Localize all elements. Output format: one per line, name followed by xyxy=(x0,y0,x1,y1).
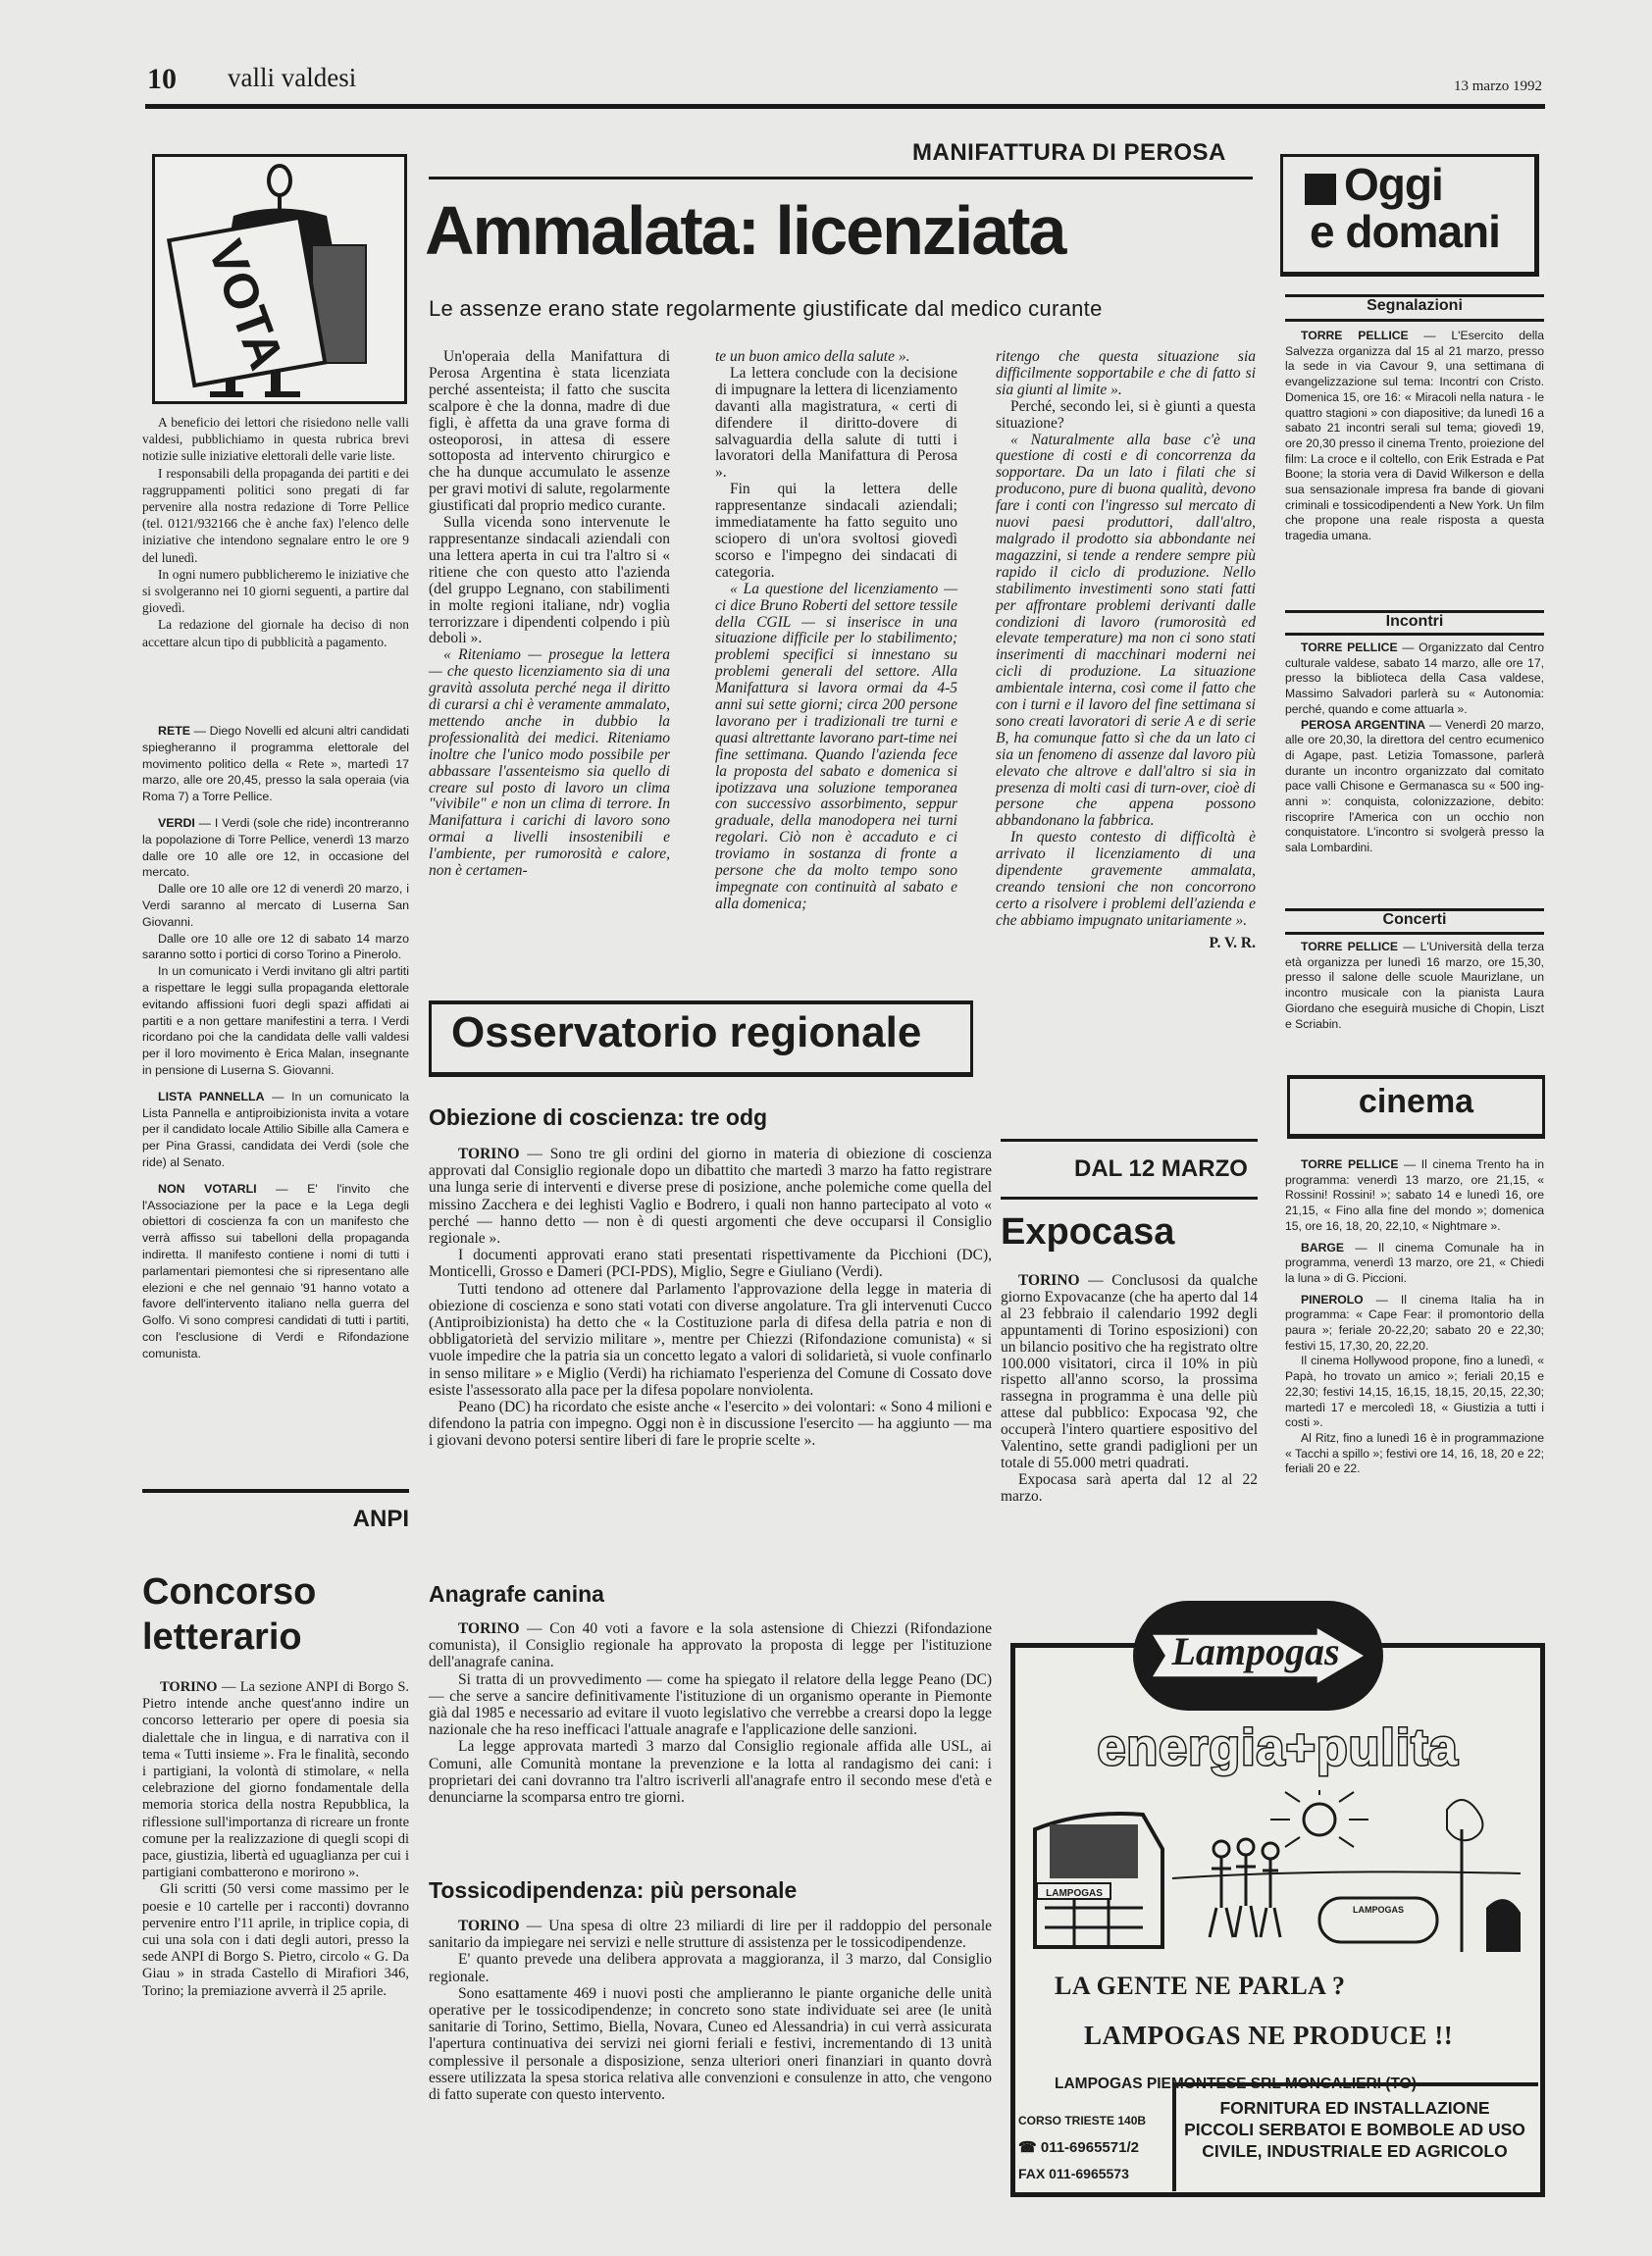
article-headline: Ammalata: licenziata xyxy=(425,191,1064,270)
anpi-kicker: ANPI xyxy=(334,1506,409,1533)
tossicodipendenza-body: TORINO — Una spesa di oltre 23 miliardi … xyxy=(429,1918,992,2103)
anpi-rule xyxy=(142,1489,409,1493)
event-item: TORRE PELLICE — Organizzato dal Centro c… xyxy=(1285,641,1544,718)
vota-intro-paragraph: I responsabili della propaganda dei part… xyxy=(142,465,409,566)
article-paragraph: TORINO — Una spesa di oltre 23 miliardi … xyxy=(429,1918,992,1951)
cinema-item: Al Ritz, fino a lunedì 16 è in programma… xyxy=(1285,1431,1544,1477)
cinema-item: Il cinema Hollywood propone, fino a lune… xyxy=(1285,1354,1544,1431)
anagrafe-body: TORINO — Con 40 voti a favore e la sola … xyxy=(429,1620,992,1806)
svg-text:LAMPOGAS: LAMPOGAS xyxy=(1353,1905,1404,1915)
ad-headline-2: LAMPOGAS NE PRODUCE !! xyxy=(1084,2021,1453,2051)
article-paragraph: Perché, secondo lei, si è giunti a quest… xyxy=(996,399,1256,433)
section-rule xyxy=(1285,319,1544,322)
ad-service-text: FORNITURA ED INSTALLAZIONE PICCOLI SERBA… xyxy=(1172,2097,1537,2162)
article-byline: P. V. R. xyxy=(996,936,1256,952)
article-paragraph: te un buon amico della salute ». xyxy=(715,349,957,366)
article-paragraph: TORINO — Con 40 voti a favore e la sola … xyxy=(429,1620,992,1671)
article-paragraph: TORINO — Conclusosi da qualche giorno Ex… xyxy=(1001,1273,1258,1472)
vota-illustration: VOTA xyxy=(152,154,407,404)
incontri-body: TORRE PELLICE — Organizzato dal Centro c… xyxy=(1285,641,1544,856)
expocasa-headline: Expocasa xyxy=(1001,1211,1174,1254)
article-paragraph: E' quanto prevede una delibera approvata… xyxy=(429,1951,992,1984)
ad-fax: FAX 011-6965573 xyxy=(1018,2161,1146,2187)
article-paragraph: La legge approvata martedì 3 marzo dal C… xyxy=(429,1738,992,1806)
ad-brand: Lampogas xyxy=(1167,1628,1344,1674)
article-paragraph: I documenti approvati erano stati presen… xyxy=(429,1247,992,1280)
vota-intro-paragraph: La redazione del giornale ha deciso di n… xyxy=(142,616,409,649)
anpi-body: TORINO — La sezione ANPI di Borgo S. Pie… xyxy=(142,1679,409,2000)
oggi-domani-title-2: e domani xyxy=(1310,206,1500,257)
ad-address: CORSO TRIESTE 140B xyxy=(1018,2108,1146,2134)
ad-phone: ☎ 011-6965571/2 xyxy=(1018,2134,1146,2161)
article-paragraph: Sono esattamente 469 i nuovi posti che a… xyxy=(429,1985,992,2103)
svg-text:LAMPOGAS: LAMPOGAS xyxy=(1046,1888,1103,1899)
vota-news-item: VERDI — I Verdi (sole che ride) incontre… xyxy=(142,815,409,881)
event-item: PEROSA ARGENTINA — Venerdì 20 marzo, all… xyxy=(1285,718,1544,856)
expocasa-rule-bottom xyxy=(1001,1197,1258,1200)
expocasa-kicker: DAL 12 MARZO xyxy=(1074,1155,1248,1183)
issue-date: 13 marzo 1992 xyxy=(1454,78,1542,95)
voter-with-sign-icon: VOTA xyxy=(155,157,404,401)
section-title-incontri: Incontri xyxy=(1285,613,1544,631)
expocasa-body: TORINO — Conclusosi da qualche giorno Ex… xyxy=(1001,1273,1258,1506)
tossicodipendenza-headline: Tossicodipendenza: più personale xyxy=(429,1877,797,1904)
anagrafe-headline: Anagrafe canina xyxy=(429,1581,604,1608)
oggi-domani-title-1: Oggi xyxy=(1344,159,1443,210)
section-title-segnalazioni: Segnalazioni xyxy=(1285,297,1544,315)
vota-news-item: Dalle ore 10 alle ore 12 di sabato 14 ma… xyxy=(142,931,409,964)
cinema-listings: TORRE PELLICE — Il cinema Trento ha in p… xyxy=(1285,1157,1544,1477)
vota-intro-paragraph: A beneficio dei lettori che risiedono ne… xyxy=(142,414,409,465)
article-paragraph: Sulla vicenda sono intervenute le rappre… xyxy=(429,515,670,647)
vota-news-list: RETE — Diego Novelli ed alcuni altri can… xyxy=(142,723,409,1371)
publication-name: valli valdesi xyxy=(228,63,356,93)
vota-intro-paragraph: In ogni numero pubblicheremo le iniziati… xyxy=(142,566,409,617)
segnalazioni-body: TORRE PELLICE — L'Esercito della Salvezz… xyxy=(1285,329,1544,544)
event-item: TORRE PELLICE — L'Università della terza… xyxy=(1285,940,1544,1032)
vota-news-item: RETE — Diego Novelli ed alcuni altri can… xyxy=(142,723,409,805)
expocasa-rule-top xyxy=(1001,1139,1258,1142)
square-bullet-icon xyxy=(1305,174,1336,205)
article-paragraph: « La questione del licenziamento — ci di… xyxy=(715,582,957,913)
article-subhead: Le assenze erano state regolarmente gius… xyxy=(429,296,1103,322)
truck-and-landscape-illustration: LAMPOGAS LAMPOGAS xyxy=(1025,1790,1530,1952)
article-paragraph: Fin qui la lettera delle rappresentanze … xyxy=(715,482,957,581)
kicker-rule xyxy=(429,177,1253,179)
osservatorio-title: Osservatorio regionale xyxy=(451,1008,921,1057)
article-paragraph: Tutti tendono ad ottenere dal Parlamento… xyxy=(429,1281,992,1399)
article-paragraph: « Riteniamo — prosegue la lettera — che … xyxy=(429,647,670,880)
article-paragraph: Peano (DC) ha ricordato che esiste anche… xyxy=(429,1399,992,1450)
anpi-paragraph: TORINO — La sezione ANPI di Borgo S. Pie… xyxy=(142,1679,409,1881)
ad-headline-1: LA GENTE NE PARLA ? xyxy=(1055,1972,1346,2001)
article-column-3: ritengo che questa situazione sia diffic… xyxy=(996,349,1256,952)
header-rule xyxy=(145,104,1545,109)
vota-news-item: LISTA PANNELLA — In un comunicato la Lis… xyxy=(142,1089,409,1171)
article-paragraph: TORINO — Sono tre gli ordini del giorno … xyxy=(429,1146,992,1247)
event-item: TORRE PELLICE — L'Esercito della Salvezz… xyxy=(1285,329,1544,544)
obiezione-headline: Obiezione di coscienza: tre odg xyxy=(429,1104,767,1131)
article-paragraph: Un'operaia della Manifattura di Perosa A… xyxy=(429,349,670,515)
article-paragraph: In questo contesto di difficoltà è arriv… xyxy=(996,830,1256,929)
ad-slogan: energia+pulita xyxy=(1050,1718,1506,1777)
article-column-2: te un buon amico della salute ». La lett… xyxy=(715,349,957,913)
article-column-1: Un'operaia della Manifattura di Perosa A… xyxy=(429,349,670,880)
section-title-concerti: Concerti xyxy=(1285,911,1544,929)
concerti-body: TORRE PELLICE — L'Università della terza… xyxy=(1285,940,1544,1032)
anpi-headline: Concorso letterario xyxy=(142,1569,316,1660)
page-number: 10 xyxy=(147,63,177,96)
vota-news-item: Dalle ore 10 alle ore 12 di venerdì 20 m… xyxy=(142,881,409,930)
article-paragraph: ritengo che questa situazione sia diffic… xyxy=(996,349,1256,399)
vota-news-item: In un comunicato i Verdi invitano gli al… xyxy=(142,963,409,1079)
article-paragraph: Si tratta di un provvedimento — come ha … xyxy=(429,1671,992,1739)
vota-news-item: NON VOTARLI — E' l'invito che l'Associaz… xyxy=(142,1181,409,1362)
section-rule xyxy=(1285,932,1544,935)
section-rule xyxy=(1285,633,1544,636)
article-paragraph: « Naturalmente alla base c'è una questio… xyxy=(996,433,1256,831)
cinema-item: TORRE PELLICE — Il cinema Trento ha in p… xyxy=(1285,1157,1544,1235)
vota-intro: A beneficio dei lettori che risiedono ne… xyxy=(142,414,409,650)
article-kicker: MANIFATTURA DI PEROSA xyxy=(912,139,1226,167)
cinema-item: PINEROLO — Il cinema Italia ha in progra… xyxy=(1285,1293,1544,1355)
cinema-item: BARGE — Il cinema Comunale ha in program… xyxy=(1285,1241,1544,1287)
anpi-paragraph: Gli scritti (50 versi come massimo per l… xyxy=(142,1881,409,1999)
article-paragraph: La lettera conclude con la decisione di … xyxy=(715,366,957,482)
obiezione-body: TORINO — Sono tre gli ordini del giorno … xyxy=(429,1146,992,1450)
ad-contacts: CORSO TRIESTE 140B ☎ 011-6965571/2 FAX 0… xyxy=(1018,2108,1146,2187)
article-paragraph: Expocasa sarà aperta dal 12 al 22 marzo. xyxy=(1001,1472,1258,1506)
cinema-title: cinema xyxy=(1287,1083,1545,1121)
